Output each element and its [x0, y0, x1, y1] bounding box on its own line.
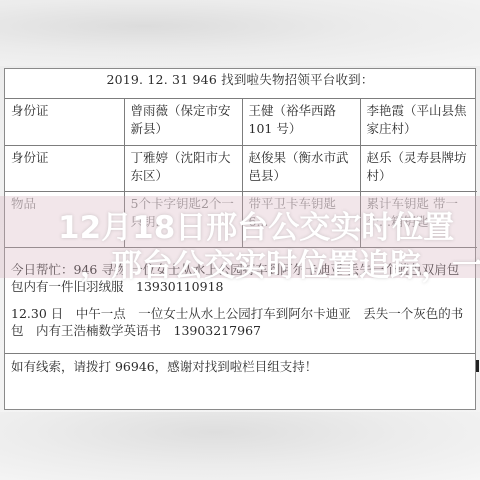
table-cell: 李艳霞（平山县焦家庄村）	[360, 99, 477, 145]
note-item: 12.30 日 中午一点 一位女士从水上公园打车到阿尔卡迪亚 丢失一个灰色的书包…	[11, 305, 469, 339]
row-label: 身份证	[5, 99, 124, 145]
row-label: 身份证	[5, 145, 124, 191]
background-bottom	[0, 412, 480, 480]
headline-line-2: ，邢台公交实时位置追踪，一	[80, 240, 480, 285]
table-row: 身份证 曾雨薇（保定市安新县） 王健（裕华西路 101 号） 李艳霞（平山县焦家…	[5, 99, 477, 145]
table-cell: 王健（裕华西路 101 号）	[242, 99, 360, 145]
headline-overlay: 12月18日邢台公交实时位置 ，邢台公交实时位置追踪，一	[0, 196, 480, 278]
document-title: 2019. 12. 31 946 找到啦失物招领平台收到：	[5, 69, 475, 99]
table-row: 身份证 丁雅婷（沈阳市大东区） 赵俊果（衡水市武邑县） 赵乐（灵寿县牌坊村）	[5, 145, 477, 191]
table-cell: 赵俊果（衡水市武邑县）	[242, 145, 360, 191]
background-top	[0, 0, 480, 66]
table-cell: 曾雨薇（保定市安新县）	[124, 99, 242, 145]
table-cell: 丁雅婷（沈阳市大东区）	[124, 145, 242, 191]
table-cell: 赵乐（灵寿县牌坊村）	[360, 145, 477, 191]
scrollbar-mark	[476, 360, 479, 372]
footer-contact: 如有线索，请拨打 96946，感谢对找到啦栏目组支持！	[5, 353, 475, 409]
